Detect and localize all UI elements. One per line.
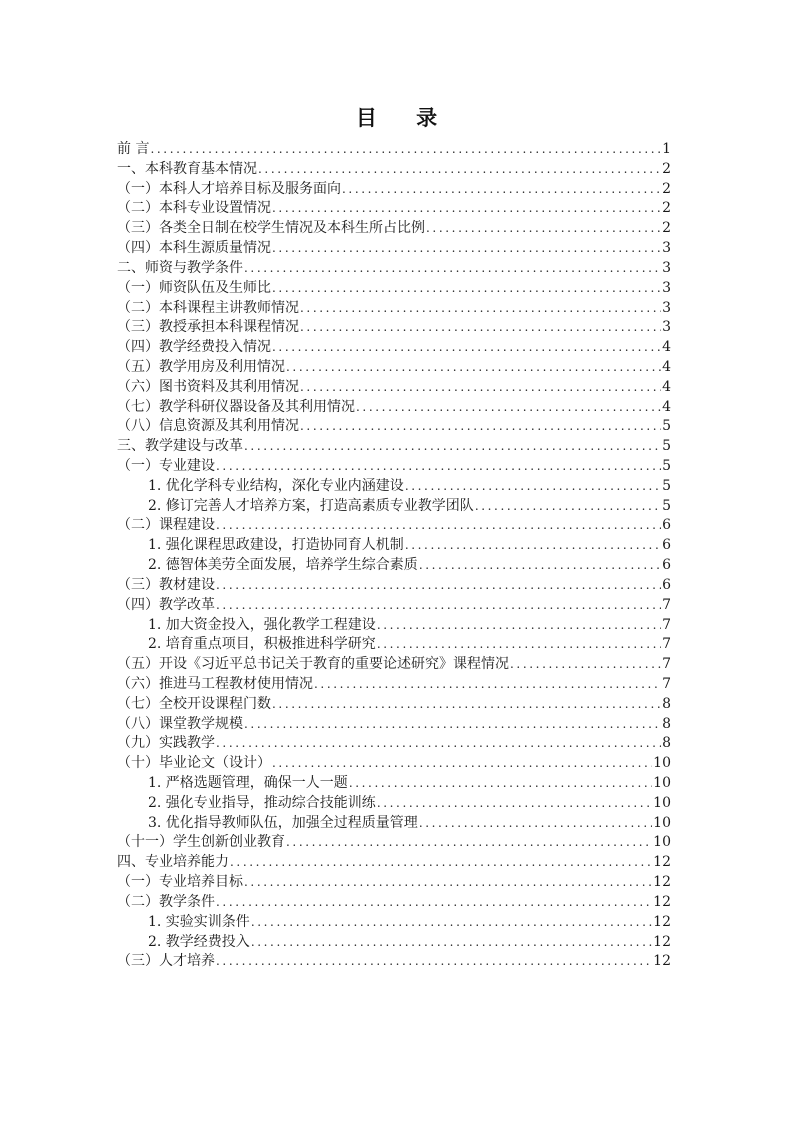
dot-leader bbox=[286, 833, 652, 853]
toc-entry-title: 四、专业培养能力 bbox=[117, 853, 229, 873]
toc-entry[interactable]: 1. 加大资金投入，强化教学工程建设7 bbox=[117, 616, 671, 636]
toc-entry-page-number: 6 bbox=[662, 556, 671, 576]
dot-leader bbox=[216, 596, 661, 616]
toc-entry-page-number: 7 bbox=[662, 616, 671, 636]
toc-entry[interactable]: （八）课堂教学规模8 bbox=[117, 715, 671, 735]
toc-entry-title: （一）师资队伍及生师比 bbox=[117, 279, 271, 299]
toc-entry-title: （七）全校开设课程门数 bbox=[117, 695, 271, 715]
toc-entry[interactable]: （八）信息资源及其利用情况5 bbox=[117, 417, 671, 437]
toc-entry-page-number: 4 bbox=[662, 378, 671, 398]
dot-leader bbox=[230, 853, 652, 873]
toc-entry-page-number: 5 bbox=[662, 477, 671, 497]
toc-entry[interactable]: （十）毕业论文（设计）10 bbox=[117, 754, 671, 774]
dot-leader bbox=[216, 516, 661, 536]
toc-entry-title: （五）教学用房及利用情况 bbox=[117, 358, 285, 378]
toc-entry-title: （六）图书资料及其利用情况 bbox=[117, 378, 299, 398]
toc-entry-title: （四）教学改革 bbox=[117, 596, 215, 616]
toc-entry-page-number: 7 bbox=[662, 596, 671, 616]
toc-entry-title: 1. 加大资金投入，强化教学工程建设 bbox=[148, 616, 376, 636]
dot-leader bbox=[251, 933, 652, 953]
dot-leader bbox=[405, 536, 661, 556]
toc-entry-title: （九）实践教学 bbox=[117, 734, 215, 754]
toc-entry-page-number: 5 bbox=[662, 437, 671, 457]
toc-entry-page-number: 10 bbox=[653, 833, 671, 853]
toc-entry-page-number: 6 bbox=[662, 516, 671, 536]
toc-entry[interactable]: 1. 实验实训条件12 bbox=[117, 913, 671, 933]
table-of-contents: 前 言1一、本科教育基本情况2（一）本科人才培养目标及服务面向2（二）本科专业设… bbox=[117, 140, 671, 972]
toc-entry-title: （八）课堂教学规模 bbox=[117, 715, 243, 735]
toc-entry[interactable]: （二）课程建设6 bbox=[117, 516, 671, 536]
dot-leader bbox=[475, 497, 661, 517]
toc-entry[interactable]: 2. 强化专业指导，推动综合技能训练10 bbox=[117, 794, 671, 814]
dot-leader bbox=[216, 576, 661, 596]
dot-leader bbox=[342, 180, 661, 200]
toc-entry-title: 1. 优化学科专业结构，深化专业内涵建设 bbox=[148, 477, 404, 497]
toc-entry-title: 2. 教学经费投入 bbox=[148, 933, 250, 953]
dot-leader bbox=[272, 754, 652, 774]
toc-entry[interactable]: （四）教学改革7 bbox=[117, 596, 671, 616]
toc-entry-page-number: 12 bbox=[653, 853, 671, 873]
toc-entry[interactable]: （三）各类全日制在校学生情况及本科生所占比例2 bbox=[117, 219, 671, 239]
toc-entry-title: （七）教学科研仪器设备及其利用情况 bbox=[117, 398, 355, 418]
toc-entry-title: （二）教学条件 bbox=[117, 893, 215, 913]
toc-entry-title: 1. 严格选题管理，确保一人一题 bbox=[148, 774, 348, 794]
dot-leader bbox=[272, 338, 661, 358]
toc-entry[interactable]: 前 言1 bbox=[117, 140, 671, 160]
toc-entry[interactable]: （三）人才培养12 bbox=[117, 952, 671, 972]
dot-leader bbox=[286, 358, 661, 378]
toc-entry[interactable]: 3. 优化指导教师队伍，加强全过程质量管理10 bbox=[117, 814, 671, 834]
toc-entry-page-number: 3 bbox=[662, 259, 671, 279]
toc-entry-page-number: 3 bbox=[662, 299, 671, 319]
toc-entry-title: （二）课程建设 bbox=[117, 516, 215, 536]
toc-entry[interactable]: （二）教学条件12 bbox=[117, 893, 671, 913]
toc-entry-title: （三）教授承担本科课程情况 bbox=[117, 318, 299, 338]
toc-entry[interactable]: 一、本科教育基本情况2 bbox=[117, 160, 671, 180]
toc-entry-page-number: 10 bbox=[653, 754, 671, 774]
toc-entry-page-number: 2 bbox=[662, 199, 671, 219]
dot-leader bbox=[300, 378, 661, 398]
toc-entry-title: （四）教学经费投入情况 bbox=[117, 338, 271, 358]
toc-entry[interactable]: 2. 德智体美劳全面发展，培养学生综合素质6 bbox=[117, 556, 671, 576]
dot-leader bbox=[356, 398, 661, 418]
toc-entry[interactable]: （十一）学生创新创业教育10 bbox=[117, 833, 671, 853]
dot-leader bbox=[216, 893, 652, 913]
toc-entry[interactable]: （五）开设《习近平总书记关于教育的重要论述研究》课程情况7 bbox=[117, 655, 671, 675]
toc-entry-page-number: 8 bbox=[662, 695, 671, 715]
dot-leader bbox=[244, 437, 661, 457]
toc-entry-title: 2. 修订完善人才培养方案，打造高素质专业教学团队 bbox=[148, 497, 474, 517]
toc-entry-page-number: 3 bbox=[662, 279, 671, 299]
toc-entry-page-number: 4 bbox=[662, 338, 671, 358]
dot-leader bbox=[244, 259, 661, 279]
dot-leader bbox=[244, 715, 661, 735]
toc-entry-title: （四）本科生源质量情况 bbox=[117, 239, 271, 259]
toc-entry[interactable]: 2. 修订完善人才培养方案，打造高素质专业教学团队5 bbox=[117, 497, 671, 517]
toc-entry[interactable]: 三、教学建设与改革5 bbox=[117, 437, 671, 457]
toc-entry[interactable]: （三）教授承担本科课程情况3 bbox=[117, 318, 671, 338]
dot-leader bbox=[419, 556, 661, 576]
toc-entry[interactable]: （七）全校开设课程门数8 bbox=[117, 695, 671, 715]
dot-leader bbox=[349, 774, 652, 794]
toc-entry-page-number: 7 bbox=[662, 675, 671, 695]
toc-entry-page-number: 4 bbox=[662, 358, 671, 378]
toc-entry[interactable]: （一）专业建设5 bbox=[117, 457, 671, 477]
dot-leader bbox=[377, 616, 661, 636]
dot-leader bbox=[426, 219, 661, 239]
toc-entry-title: （二）本科专业设置情况 bbox=[117, 199, 271, 219]
dot-leader bbox=[272, 279, 661, 299]
toc-entry-page-number: 8 bbox=[662, 715, 671, 735]
toc-entry[interactable]: （七）教学科研仪器设备及其利用情况4 bbox=[117, 398, 671, 418]
toc-entry-title: （二）本科课程主讲教师情况 bbox=[117, 299, 299, 319]
toc-entry-title: （五）开设《习近平总书记关于教育的重要论述研究》课程情况 bbox=[117, 655, 509, 675]
dot-leader bbox=[314, 675, 661, 695]
toc-entry-title: 2. 培育重点项目，积极推进科学研究 bbox=[148, 635, 376, 655]
toc-entry-page-number: 12 bbox=[653, 933, 671, 953]
toc-entry-page-number: 1 bbox=[662, 140, 671, 160]
toc-entry-page-number: 12 bbox=[653, 873, 671, 893]
dot-leader bbox=[216, 952, 652, 972]
toc-entry-title: 3. 优化指导教师队伍，加强全过程质量管理 bbox=[148, 814, 418, 834]
toc-entry-page-number: 4 bbox=[662, 398, 671, 418]
toc-entry-page-number: 5 bbox=[662, 417, 671, 437]
toc-entry[interactable]: 二、师资与教学条件3 bbox=[117, 259, 671, 279]
toc-entry-title: 二、师资与教学条件 bbox=[117, 259, 243, 279]
toc-entry-page-number: 10 bbox=[653, 794, 671, 814]
dot-leader bbox=[377, 794, 652, 814]
toc-entry-title: 1. 强化课程思政建设，打造协同育人机制 bbox=[148, 536, 404, 556]
toc-entry[interactable]: （一）本科人才培养目标及服务面向2 bbox=[117, 180, 671, 200]
toc-entry-title: （三）教材建设 bbox=[117, 576, 215, 596]
toc-entry-page-number: 2 bbox=[662, 219, 671, 239]
toc-title: 目 录 bbox=[0, 102, 793, 132]
toc-entry-page-number: 6 bbox=[662, 576, 671, 596]
toc-entry-title: 2. 强化专业指导，推动综合技能训练 bbox=[148, 794, 376, 814]
toc-entry-title: （三）各类全日制在校学生情况及本科生所占比例 bbox=[117, 219, 425, 239]
toc-entry-page-number: 8 bbox=[662, 734, 671, 754]
toc-entry-page-number: 12 bbox=[653, 913, 671, 933]
toc-entry[interactable]: （九）实践教学8 bbox=[117, 734, 671, 754]
toc-entry-page-number: 10 bbox=[653, 814, 671, 834]
dot-leader bbox=[419, 814, 652, 834]
toc-entry-page-number: 10 bbox=[653, 774, 671, 794]
dot-leader bbox=[272, 199, 661, 219]
toc-entry-title: （一）专业建设 bbox=[117, 457, 215, 477]
toc-entry-page-number: 12 bbox=[653, 893, 671, 913]
toc-entry[interactable]: 1. 优化学科专业结构，深化专业内涵建设5 bbox=[117, 477, 671, 497]
toc-entry[interactable]: 1. 强化课程思政建设，打造协同育人机制6 bbox=[117, 536, 671, 556]
toc-entry-title: 三、教学建设与改革 bbox=[117, 437, 243, 457]
toc-entry-title: （十）毕业论文（设计） bbox=[117, 754, 271, 774]
dot-leader bbox=[272, 239, 661, 259]
dot-leader bbox=[251, 913, 652, 933]
dot-leader bbox=[510, 655, 661, 675]
dot-leader bbox=[377, 635, 661, 655]
dot-leader bbox=[300, 318, 661, 338]
toc-entry-page-number: 2 bbox=[662, 160, 671, 180]
toc-entry-title: （一）本科人才培养目标及服务面向 bbox=[117, 180, 341, 200]
toc-entry-title: 2. 德智体美劳全面发展，培养学生综合素质 bbox=[148, 556, 418, 576]
toc-entry-page-number: 6 bbox=[662, 536, 671, 556]
toc-entry[interactable]: （六）推进马工程教材使用情况7 bbox=[117, 675, 671, 695]
toc-entry-page-number: 5 bbox=[662, 497, 671, 517]
dot-leader bbox=[405, 477, 661, 497]
toc-entry-page-number: 5 bbox=[662, 457, 671, 477]
toc-entry[interactable]: （四）本科生源质量情况3 bbox=[117, 239, 671, 259]
dot-leader bbox=[216, 734, 661, 754]
toc-entry[interactable]: （五）教学用房及利用情况4 bbox=[117, 358, 671, 378]
toc-entry[interactable]: 四、专业培养能力12 bbox=[117, 853, 671, 873]
dot-leader bbox=[258, 160, 661, 180]
toc-entry-title: 1. 实验实训条件 bbox=[148, 913, 250, 933]
toc-entry-page-number: 2 bbox=[662, 180, 671, 200]
toc-entry-title: 一、本科教育基本情况 bbox=[117, 160, 257, 180]
dot-leader bbox=[216, 457, 661, 477]
toc-entry[interactable]: 2. 教学经费投入12 bbox=[117, 933, 671, 953]
toc-entry-page-number: 12 bbox=[653, 952, 671, 972]
toc-entry[interactable]: （二）本科课程主讲教师情况3 bbox=[117, 299, 671, 319]
toc-entry-title: （十一）学生创新创业教育 bbox=[117, 833, 285, 853]
toc-entry-page-number: 7 bbox=[662, 655, 671, 675]
dot-leader bbox=[300, 417, 661, 437]
toc-entry[interactable]: （六）图书资料及其利用情况4 bbox=[117, 378, 671, 398]
toc-entry[interactable]: 1. 严格选题管理，确保一人一题10 bbox=[117, 774, 671, 794]
toc-entry[interactable]: 2. 培育重点项目，积极推进科学研究7 bbox=[117, 635, 671, 655]
toc-entry[interactable]: （一）师资队伍及生师比3 bbox=[117, 279, 671, 299]
dot-leader bbox=[244, 873, 652, 893]
dot-leader bbox=[272, 695, 661, 715]
toc-entry-title: （六）推进马工程教材使用情况 bbox=[117, 675, 313, 695]
toc-entry-page-number: 7 bbox=[662, 635, 671, 655]
toc-entry[interactable]: （二）本科专业设置情况2 bbox=[117, 199, 671, 219]
toc-entry[interactable]: （一）专业培养目标12 bbox=[117, 873, 671, 893]
toc-entry-page-number: 3 bbox=[662, 239, 671, 259]
toc-entry[interactable]: （四）教学经费投入情况4 bbox=[117, 338, 671, 358]
toc-entry-title: （八）信息资源及其利用情况 bbox=[117, 417, 299, 437]
dot-leader bbox=[300, 299, 661, 319]
toc-entry-title: 前 言 bbox=[117, 140, 149, 160]
toc-entry-title: （三）人才培养 bbox=[117, 952, 215, 972]
toc-entry[interactable]: （三）教材建设6 bbox=[117, 576, 671, 596]
toc-entry-title: （一）专业培养目标 bbox=[117, 873, 243, 893]
dot-leader bbox=[150, 140, 661, 160]
toc-entry-page-number: 3 bbox=[662, 318, 671, 338]
